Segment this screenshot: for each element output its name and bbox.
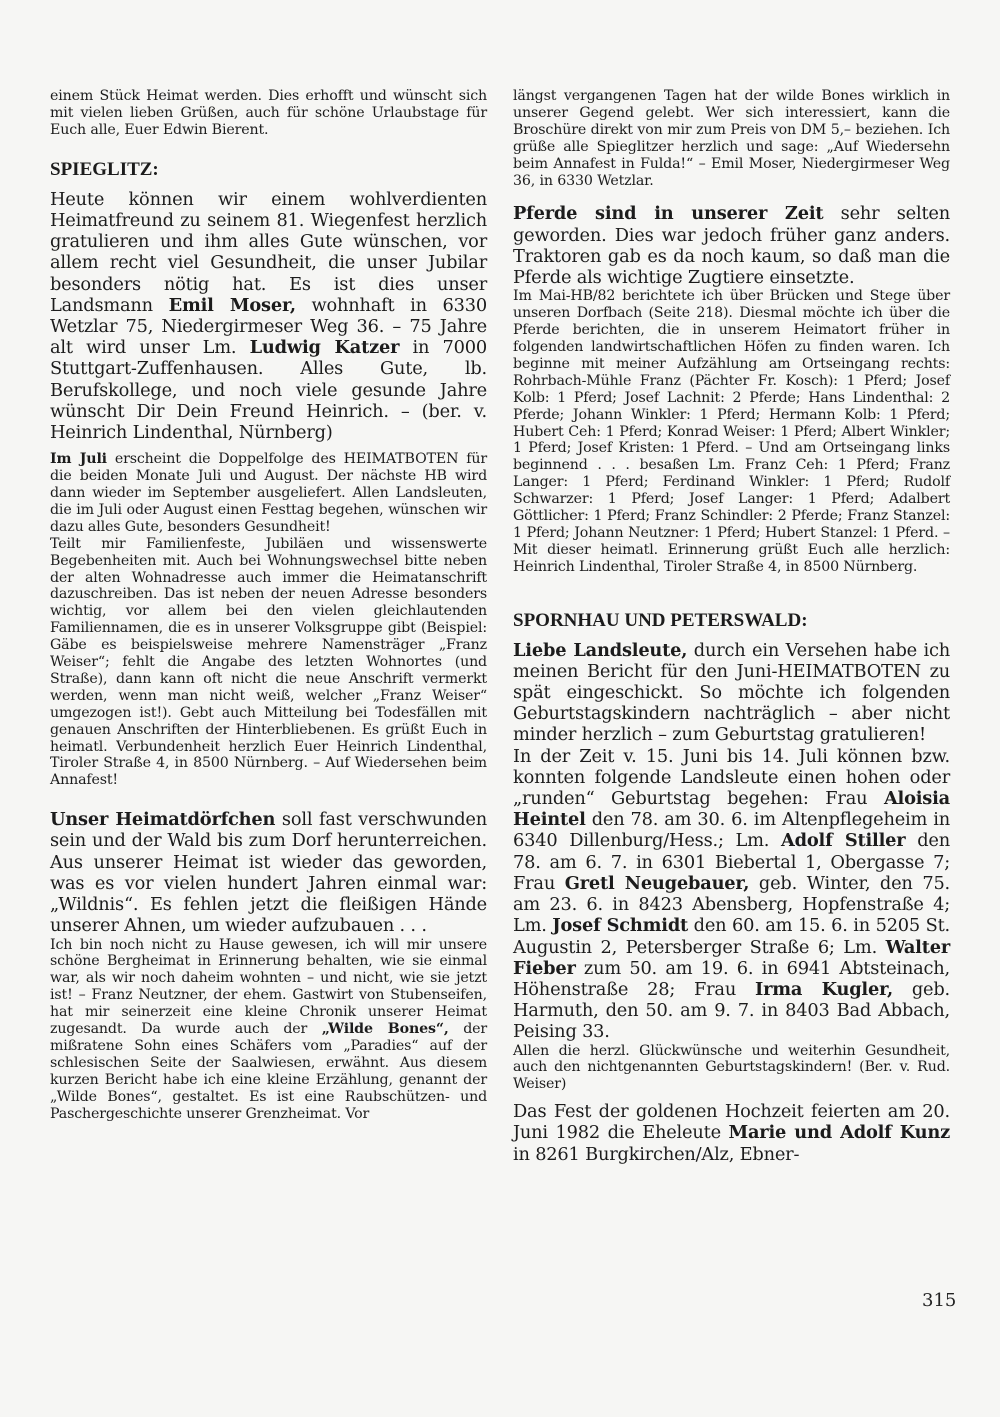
golden-wedding-paragraph: Das Fest der goldenen Hochzeit feierten … [513,1101,950,1165]
lead-in: Liebe Landsleute, [513,640,687,661]
address-change-paragraph: Teilt mir Familienfeste, Jubiläen und wi… [50,536,487,790]
newsletter-page: einem Stück Heimat werden. Dies erhofft … [0,0,1000,1417]
person-name: Gretl Neugebauer, [565,873,750,894]
person-name: Adolf Stiller [781,830,905,851]
page-number: 315 [922,1290,956,1311]
pferde-list-paragraph: Im Mai-HB/82 berichtete ich über Brücken… [513,288,950,575]
birthday-list-paragraph: In der Zeit v. 15. Juni bis 14. Juli kön… [513,746,950,1043]
person-name: Ludwig Katzer [250,337,400,358]
story-title: „Wilde Bones“, [322,1021,449,1037]
right-column: längst vergangenen Tagen hat der wilde B… [513,88,950,1165]
person-name: Josef Schmidt [552,915,688,936]
spornhau-intro-paragraph: Liebe Landsleute, durch ein Versehen hab… [513,640,950,746]
intro-ending-paragraph: einem Stück Heimat werden. Dies erhofft … [50,88,487,139]
heimatdoerfchen-paragraph: Unser Heimatdörfchen soll fast verschwun… [50,809,487,936]
lead-in: Im Juli [50,451,107,467]
section-heading-spieglitz: SPIEGLITZ: [50,159,487,181]
july-issue-paragraph: Im Juli erscheint die Doppelfolge des HE… [50,451,487,536]
lead-in: Pferde sind in unserer Zeit [513,203,823,224]
person-name: Irma Kugler, [755,979,893,1000]
lead-in: Unser Heimatdörfchen [50,809,275,830]
left-column: einem Stück Heimat werden. Dies erhofft … [50,88,487,1122]
wilde-bones-continuation: längst vergangenen Tagen hat der wilde B… [513,88,950,189]
wilde-bones-paragraph: Ich bin noch nicht zu Hause gewesen, ich… [50,937,487,1123]
section-heading-spornhau: SPORNHAU UND PETERSWALD: [513,610,950,632]
person-name: Marie und Adolf Kunz [729,1122,951,1143]
person-name: Emil Moser, [169,295,296,316]
pferde-intro-paragraph: Pferde sind in unserer Zeit sehr selten … [513,203,950,288]
spieglitz-birthday-paragraph: Heute können wir einem wohlverdienten He… [50,189,487,443]
congratulations-paragraph: Allen die herzl. Glückwünsche und weiter… [513,1043,950,1094]
